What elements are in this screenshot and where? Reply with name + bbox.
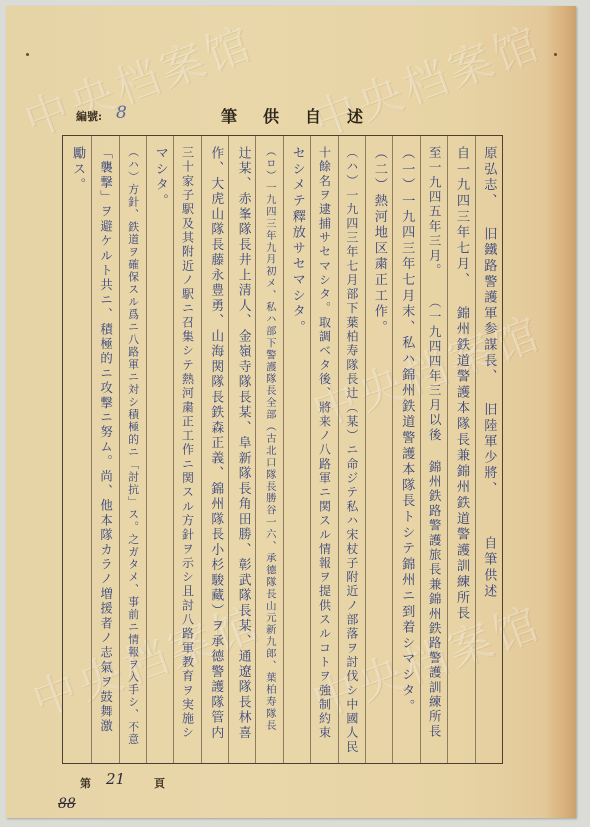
text-column: 作、大虎山隊長藤永豊勇、山海関隊長鉄森正義、錦州隊長小杉駿藏）ヲ承德警護隊管内 (201, 136, 228, 763)
column-text: 原弘志、 旧鐵路警護軍参謀長、 旧陸軍少將、 (482, 146, 495, 497)
text-column: 勵ス。 (64, 136, 91, 763)
text-column: （二）熱河地区粛正工作。 (365, 136, 392, 763)
text-column: マシタ。 (146, 136, 173, 763)
text-column: 「襲撃」ヲ避ケルト共ニ、積極的ニ攻撃ニ努ム。尚、他本隊カラノ増援者ノ志氣ヲ鼓舞激 (91, 136, 118, 763)
column-text: 至一九四五年三月。 （一九四四年三月以後 錦州鉄路警護旅長兼錦州鉄路警護訓練所長 (428, 146, 440, 739)
column-subtext: 自筆供述 (482, 536, 495, 600)
form-title: 筆供自述 (221, 104, 389, 127)
ruled-writing-grid: 原弘志、 旧鐵路警護軍参謀長、 旧陸軍少將、 自筆供述 自一九四三年七月、 錦州… (62, 135, 503, 764)
serial-value: 8 (116, 103, 127, 123)
paper-edge (546, 6, 576, 818)
page-suffix: 頁 (154, 775, 165, 791)
column-text: 勵ス。 (71, 146, 84, 193)
column-text: セシメテ釋放サセマシタ。 (290, 146, 303, 336)
column-text: （一）一九四三年七月末、私ハ錦州鉄道警護本隊長トシテ錦州ニ到着シマシタ。 (400, 146, 413, 715)
text-column: （ハ）一九四三年七月部下葉柏寿隊長辻（某）ニ命ジテ私ハ宋杖子附近ノ部落ヲ討伐シ中… (338, 136, 365, 763)
column-text: （ハ）方針、鉄道ヲ確保スル爲ニ八路軍ニ対シ積極的ニ「討抗」ス。之ガタメ、事前ニ情… (127, 146, 138, 746)
page-prefix: 第 (80, 775, 91, 791)
document-page: 中央档案馆 中央档案馆 中央档案馆 中央档案馆 中央档案馆 編號: 8 筆供自述… (6, 6, 576, 818)
column-text: 三十家子駅及其附近ノ駅ニ召集シテ熱河粛正工作ニ関スル方針ヲ示シ且討八路軍教育ヲ実… (182, 146, 194, 740)
text-column: セシメテ釋放サセマシタ。 (283, 136, 310, 763)
form-header: 編號: 8 筆供自述 (76, 104, 516, 126)
column-text: 「襲撃」ヲ避ケルト共ニ、積極的ニ攻撃ニ努ム。尚、他本隊カラノ増援者ノ志氣ヲ鼓舞激 (99, 146, 111, 734)
text-column: （一）一九四三年七月末、私ハ錦州鉄道警護本隊長トシテ錦州ニ到着シマシタ。 (392, 136, 419, 763)
column-text: マシタ。 (154, 146, 167, 209)
paper-spot (554, 53, 557, 56)
watermark: 中央档案馆 (14, 7, 261, 149)
page-footer: 第 21 頁 (76, 772, 296, 792)
column-text: 十餘名ヲ逮捕サセマシタ。取調ベタ後、將来ノ八路軍ニ関スル情報ヲ提供スルコトヲ強制… (318, 146, 330, 740)
text-column: 辻某、赤峯隊長井上清人、金嶺寺隊長某、阜新隊長角田勝、彰武隊長某、通遼隊長林喜 (228, 136, 255, 763)
column-text: （ロ）一九四三年九月初メ、私ハ部下警護隊長全部（古北口隊長勝谷一六、承德隊長山元… (264, 146, 274, 732)
text-column: 自一九四三年七月、 錦州鉄道警護本隊長兼錦州鉄道警護訓練所長 (447, 136, 474, 763)
text-column: 三十家子駅及其附近ノ駅ニ召集シテ熱河粛正工作ニ関スル方針ヲ示シ且討八路軍教育ヲ実… (173, 136, 200, 763)
column-text: （二）熱河地区粛正工作。 (373, 146, 386, 336)
text-column: 十餘名ヲ逮捕サセマシタ。取調ベタ後、將来ノ八路軍ニ関スル情報ヲ提供スルコトヲ強制… (310, 136, 337, 763)
serial-label: 編號: (76, 108, 102, 124)
archive-mark: 88 (58, 796, 76, 812)
text-column: （ハ）方針、鉄道ヲ確保スル爲ニ八路軍ニ対シ積極的ニ「討抗」ス。之ガタメ、事前ニ情… (119, 136, 146, 763)
column-text: 作、大虎山隊長藤永豊勇、山海関隊長鉄森正義、錦州隊長小杉駿藏）ヲ承德警護隊管内 (208, 146, 221, 741)
watermark: 中央档案馆 (302, 7, 549, 149)
paper-spot (26, 53, 29, 56)
column-text: 自一九四三年七月、 錦州鉄道警護本隊長兼錦州鉄道警護訓練所長 (455, 146, 468, 622)
text-column: （ロ）一九四三年九月初メ、私ハ部下警護隊長全部（古北口隊長勝谷一六、承德隊長山元… (255, 136, 282, 763)
page-number: 21 (106, 770, 125, 788)
text-column: 原弘志、 旧鐵路警護軍参謀長、 旧陸軍少將、 自筆供述 (475, 136, 502, 763)
column-text: 辻某、赤峯隊長井上清人、金嶺寺隊長某、阜新隊長角田勝、彰武隊長某、通遼隊長林喜 (236, 146, 249, 741)
column-text: （ハ）一九四三年七月部下葉柏寿隊長辻（某）ニ命ジテ私ハ宋杖子附近ノ部落ヲ討伐シ中… (346, 146, 358, 754)
text-column: 至一九四五年三月。 （一九四四年三月以後 錦州鉄路警護旅長兼錦州鉄路警護訓練所長 (420, 136, 447, 763)
